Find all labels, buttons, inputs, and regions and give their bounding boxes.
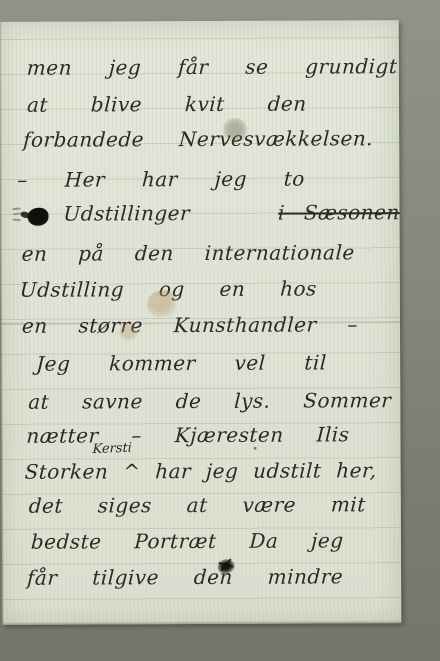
yellow-stain-mark — [147, 290, 177, 317]
handwriting-word: Udstillinger — [63, 201, 191, 226]
handwriting-line: at blive kvit den — [26, 92, 307, 117]
handwriting-line: får tilgive den mindre — [27, 564, 344, 589]
yellow-stain-mark — [118, 323, 138, 340]
handwriting-line: Storken ^ har jeg udstilt her, — [24, 458, 377, 484]
struck-text: i Sæsonen — [278, 200, 401, 225]
handwriting-line: Jeg kommer vel til — [36, 350, 328, 375]
handwriting-line: en på den internationale — [21, 240, 355, 265]
ink-blot-mark — [27, 208, 48, 226]
photo-background: men jeg får se grundigt at blive kvit de… — [0, 0, 440, 661]
handwriting-line: men jeg får se grundigt — [26, 54, 398, 80]
handwriting-line: Udstillingeri Sæsonen — [63, 200, 400, 225]
handwriting-line: nætter – Kjæresten Ilis — [26, 422, 350, 447]
ink-dot-mark — [254, 447, 257, 450]
letter-page: men jeg får se grundigt at blive kvit de… — [0, 20, 401, 625]
paper-bottom-edge — [2, 620, 401, 625]
handwriting-line: – Her har jeg to — [17, 167, 306, 192]
gray-smudge-mark — [222, 118, 248, 142]
inserted-word: Kersti — [92, 441, 132, 458]
handwriting-line: bedste Portræt Da jeg — [30, 528, 344, 553]
handwriting-line: forbandede Nervesvækkelsen. — [23, 126, 374, 152]
handwriting-line: en større Kunsthandler – — [21, 312, 358, 337]
handwriting-line: at savne de lys. Sommer — [28, 388, 392, 414]
handwriting-line: det siges at være mit — [28, 492, 366, 517]
pencil-marks — [11, 205, 21, 227]
